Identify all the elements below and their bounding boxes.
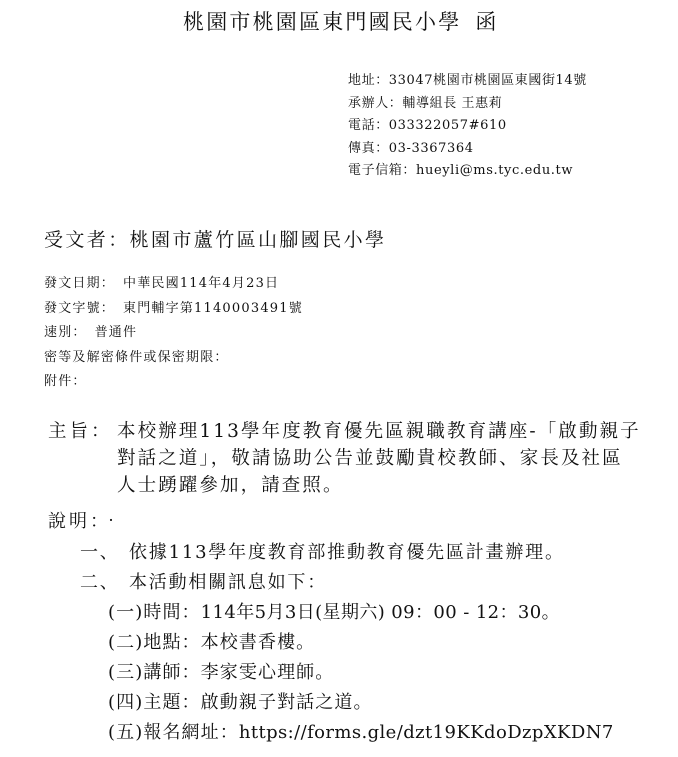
registration-url: https://forms.gle/dzt19KKdoDzpXKDN7	[239, 722, 614, 743]
doc-type: 函	[475, 10, 498, 34]
subitem-number: (一)	[108, 602, 143, 623]
subject-line: 人士踴躍參加，請查照。	[117, 472, 641, 499]
item-number: 二、	[80, 568, 129, 598]
item-number: 一、	[80, 538, 129, 568]
subject-line: 本校辦理113學年度教育優先區親職教育講座-「啟動親子	[117, 418, 641, 445]
subitem-value: 李家雯心理師。	[201, 662, 335, 683]
school-name: 桃園市桃園區東門國民小學	[183, 10, 461, 34]
subitem-label: 報名網址：	[143, 722, 239, 743]
subitem-label: 主題：	[143, 692, 200, 713]
subitem-topic: (四)主題：啟動親子對話之道。	[108, 688, 614, 718]
sender-address: 地址：33047桃園市桃園區東國街14號	[348, 70, 587, 93]
speed: 普通件	[95, 325, 138, 340]
doc-number-row: 發文字號：東門輔字第1140003491號	[44, 297, 303, 322]
speed-row: 速別：普通件	[44, 321, 303, 346]
subitem-value: 114年5月3日(星期六) 09：00 - 12：30。	[201, 602, 560, 623]
confidentiality-row: 密等及解密條件或保密期限：	[44, 346, 303, 371]
subitem-speaker: (三)講師：李家雯心理師。	[108, 658, 614, 688]
sender-phone: 電話：033322057#610	[348, 115, 587, 138]
sender-email: 電子信箱：hueyli@ms.tyc.edu.tw	[348, 160, 587, 183]
attachment-row: 附件：	[44, 370, 303, 395]
subitem-time: (一)時間：114年5月3日(星期六) 09：00 - 12：30。	[108, 598, 614, 628]
subitem-location: (二)地點：本校書香樓。	[108, 628, 614, 658]
subject-label: 主旨：	[48, 418, 113, 445]
item-text: 本活動相關訊息如下：	[129, 572, 327, 593]
subitem-value: 本校書香樓。	[201, 632, 316, 653]
subitem-label: 地點：	[143, 632, 200, 653]
doc-number-label: 發文字號：	[44, 301, 115, 316]
issue-date-label: 發文日期：	[44, 276, 115, 291]
sender-contact-person: 承辦人：輔導組長 王惠莉	[348, 93, 587, 116]
speed-label: 速別：	[44, 325, 87, 340]
description-item: 一、依據113學年度教育部推動教育優先區計畫辦理。	[80, 538, 614, 568]
subitem-label: 講師：	[143, 662, 200, 683]
document-meta: 發文日期：中華民國114年4月23日 發文字號：東門輔字第1140003491號…	[44, 272, 303, 395]
sender-fax: 傳真：03-3367364	[348, 138, 587, 161]
subitem-number: (三)	[108, 662, 143, 683]
recipient-name: 桃園市蘆竹區山腳國民小學	[130, 229, 387, 251]
sender-info: 地址：33047桃園市桃園區東國街14號 承辦人：輔導組長 王惠莉 電話：033…	[348, 70, 587, 183]
subitem-number: (四)	[108, 692, 143, 713]
recipient-label: 受文者：	[44, 229, 130, 251]
subitem-registration-url: (五)報名網址：https://forms.gle/dzt19KKdoDzpXK…	[108, 718, 614, 748]
description-label: 說明：‧	[48, 507, 123, 533]
confidentiality-label: 密等及解密條件或保密期限：	[44, 350, 229, 365]
issue-date: 中華民國114年4月23日	[123, 276, 279, 291]
subitem-number: (五)	[108, 722, 143, 743]
recipient: 受文者：桃園市蘆竹區山腳國民小學	[44, 225, 386, 252]
doc-number: 東門輔字第1140003491號	[123, 301, 303, 316]
subject-line: 對話之道」，敬請協助公告並鼓勵貴校教師、家長及社區	[117, 445, 641, 472]
subitem-number: (二)	[108, 632, 143, 653]
subitem-value: 啟動親子對話之道。	[201, 692, 373, 713]
description-item: 二、本活動相關訊息如下：	[80, 568, 614, 598]
subitem-label: 時間：	[143, 602, 200, 623]
subject-body: 本校辦理113學年度教育優先區親職教育講座-「啟動親子 對話之道」，敬請協助公告…	[117, 418, 641, 499]
item-text: 依據113學年度教育部推動教育優先區計畫辦理。	[129, 542, 565, 563]
attachment-label: 附件：	[44, 374, 87, 389]
issue-date-row: 發文日期：中華民國114年4月23日	[44, 272, 303, 297]
description-items: 一、依據113學年度教育部推動教育優先區計畫辦理。 二、本活動相關訊息如下： (…	[80, 538, 614, 748]
document-title: 桃園市桃園區東門國民小學函	[183, 6, 499, 36]
